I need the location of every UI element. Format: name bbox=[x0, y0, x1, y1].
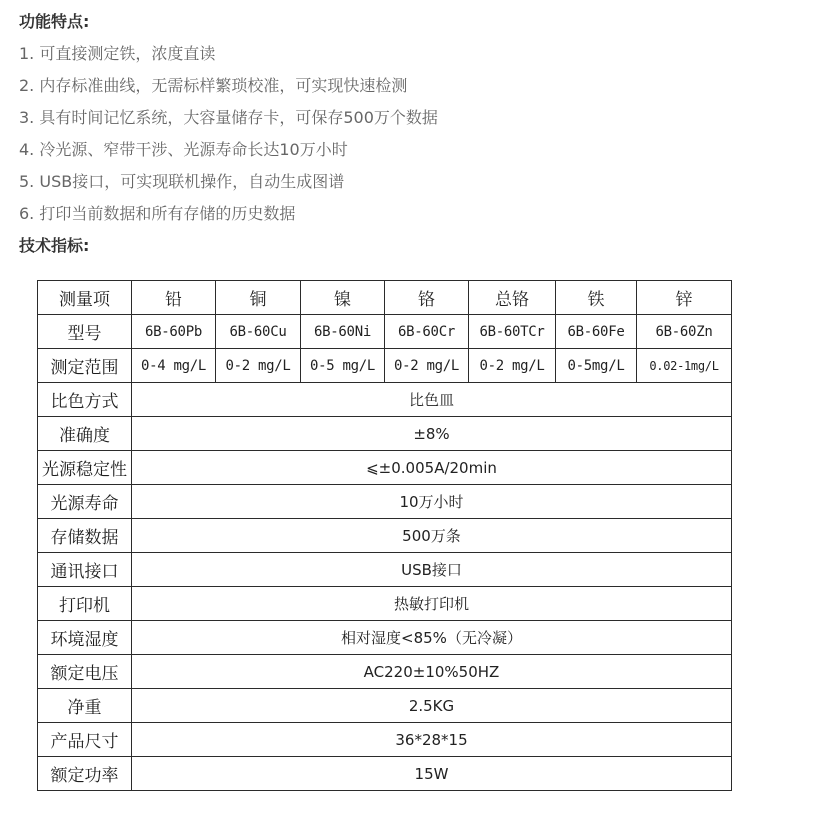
row-label: 通讯接口 bbox=[38, 553, 132, 587]
table-row: 额定功率 15W bbox=[38, 757, 732, 791]
table-row: 净重 2.5KG bbox=[38, 689, 732, 723]
table-row-measure-item: 测量项 铅 铜 镍 铬 总铬 铁 锌 bbox=[38, 281, 732, 315]
table-cell: 6B-60Zn bbox=[637, 315, 732, 349]
feature-item: 5. USB接口，可实现联机操作，自动生成图谱 bbox=[19, 166, 819, 198]
table-row: 产品尺寸 36*28*15 bbox=[38, 723, 732, 757]
row-label: 光源稳定性 bbox=[38, 451, 132, 485]
table-row: 准确度 ±8% bbox=[38, 417, 732, 451]
feature-item: 2. 内存标准曲线，无需标样繁琐校准，可实现快速检测 bbox=[19, 70, 819, 102]
specs-heading: 技术指标: bbox=[19, 230, 819, 262]
table-row-range: 测定范围 0-4 mg/L 0-2 mg/L 0-5 mg/L 0-2 mg/L… bbox=[38, 349, 732, 383]
row-value: 比色皿 bbox=[132, 383, 732, 417]
row-value: USB接口 bbox=[132, 553, 732, 587]
table-row: 存储数据 500万条 bbox=[38, 519, 732, 553]
row-label: 光源寿命 bbox=[38, 485, 132, 519]
row-label: 存储数据 bbox=[38, 519, 132, 553]
table-row: 环境湿度 相对湿度<85%（无冷凝） bbox=[38, 621, 732, 655]
row-value: 相对湿度<85%（无冷凝） bbox=[132, 621, 732, 655]
column-header-total-chromium: 总铬 bbox=[469, 281, 556, 315]
column-header-nickel: 镍 bbox=[301, 281, 385, 315]
feature-item: 4. 冷光源、窄带干涉、光源寿命长达10万小时 bbox=[19, 134, 819, 166]
column-header-copper: 铜 bbox=[216, 281, 301, 315]
column-header-iron: 铁 bbox=[556, 281, 637, 315]
table-cell: 0-2 mg/L bbox=[385, 349, 469, 383]
row-value: 15W bbox=[132, 757, 732, 791]
feature-item: 6. 打印当前数据和所有存储的历史数据 bbox=[19, 198, 819, 230]
table-cell: 6B-60Fe bbox=[556, 315, 637, 349]
table-cell: 0-2 mg/L bbox=[216, 349, 301, 383]
row-value: 36*28*15 bbox=[132, 723, 732, 757]
row-value: 10万小时 bbox=[132, 485, 732, 519]
table-cell: 0-5mg/L bbox=[556, 349, 637, 383]
row-label: 准确度 bbox=[38, 417, 132, 451]
table-cell: 6B-60TCr bbox=[469, 315, 556, 349]
row-value: 热敏打印机 bbox=[132, 587, 732, 621]
table-cell: 0.02-1mg/L bbox=[637, 349, 732, 383]
table-cell: 6B-60Ni bbox=[301, 315, 385, 349]
row-label: 额定电压 bbox=[38, 655, 132, 689]
table-cell: 0-4 mg/L bbox=[132, 349, 216, 383]
table-cell: 6B-60Pb bbox=[132, 315, 216, 349]
row-label: 打印机 bbox=[38, 587, 132, 621]
row-label: 净重 bbox=[38, 689, 132, 723]
row-label: 额定功率 bbox=[38, 757, 132, 791]
table-row: 比色方式 比色皿 bbox=[38, 383, 732, 417]
row-value: ±8% bbox=[132, 417, 732, 451]
table-cell: 0-5 mg/L bbox=[301, 349, 385, 383]
table-row: 通讯接口 USB接口 bbox=[38, 553, 732, 587]
column-header-lead: 铅 bbox=[132, 281, 216, 315]
row-label: 比色方式 bbox=[38, 383, 132, 417]
table-row-model: 型号 6B-60Pb 6B-60Cu 6B-60Ni 6B-60Cr 6B-60… bbox=[38, 315, 732, 349]
feature-item: 1. 可直接测定铁，浓度直读 bbox=[19, 38, 819, 70]
row-label: 测定范围 bbox=[38, 349, 132, 383]
spec-table: 测量项 铅 铜 镍 铬 总铬 铁 锌 型号 6B-60Pb 6B-60Cu 6B… bbox=[37, 280, 732, 791]
table-cell: 6B-60Cu bbox=[216, 315, 301, 349]
row-label: 产品尺寸 bbox=[38, 723, 132, 757]
table-cell: 0-2 mg/L bbox=[469, 349, 556, 383]
table-row: 光源寿命 10万小时 bbox=[38, 485, 732, 519]
intro-section: 功能特点: 1. 可直接测定铁，浓度直读 2. 内存标准曲线，无需标样繁琐校准，… bbox=[19, 6, 819, 262]
column-header-chromium: 铬 bbox=[385, 281, 469, 315]
row-label: 环境湿度 bbox=[38, 621, 132, 655]
row-label: 测量项 bbox=[38, 281, 132, 315]
row-value: AC220±10%50HZ bbox=[132, 655, 732, 689]
table-row: 额定电压 AC220±10%50HZ bbox=[38, 655, 732, 689]
table-row: 打印机 热敏打印机 bbox=[38, 587, 732, 621]
table-row: 光源稳定性 ⩽±0.005A/20min bbox=[38, 451, 732, 485]
features-heading: 功能特点: bbox=[19, 6, 819, 38]
row-label: 型号 bbox=[38, 315, 132, 349]
row-value: 2.5KG bbox=[132, 689, 732, 723]
row-value: ⩽±0.005A/20min bbox=[132, 451, 732, 485]
feature-item: 3. 具有时间记忆系统，大容量储存卡，可保存500万个数据 bbox=[19, 102, 819, 134]
row-value: 500万条 bbox=[132, 519, 732, 553]
table-cell: 6B-60Cr bbox=[385, 315, 469, 349]
column-header-zinc: 锌 bbox=[637, 281, 732, 315]
